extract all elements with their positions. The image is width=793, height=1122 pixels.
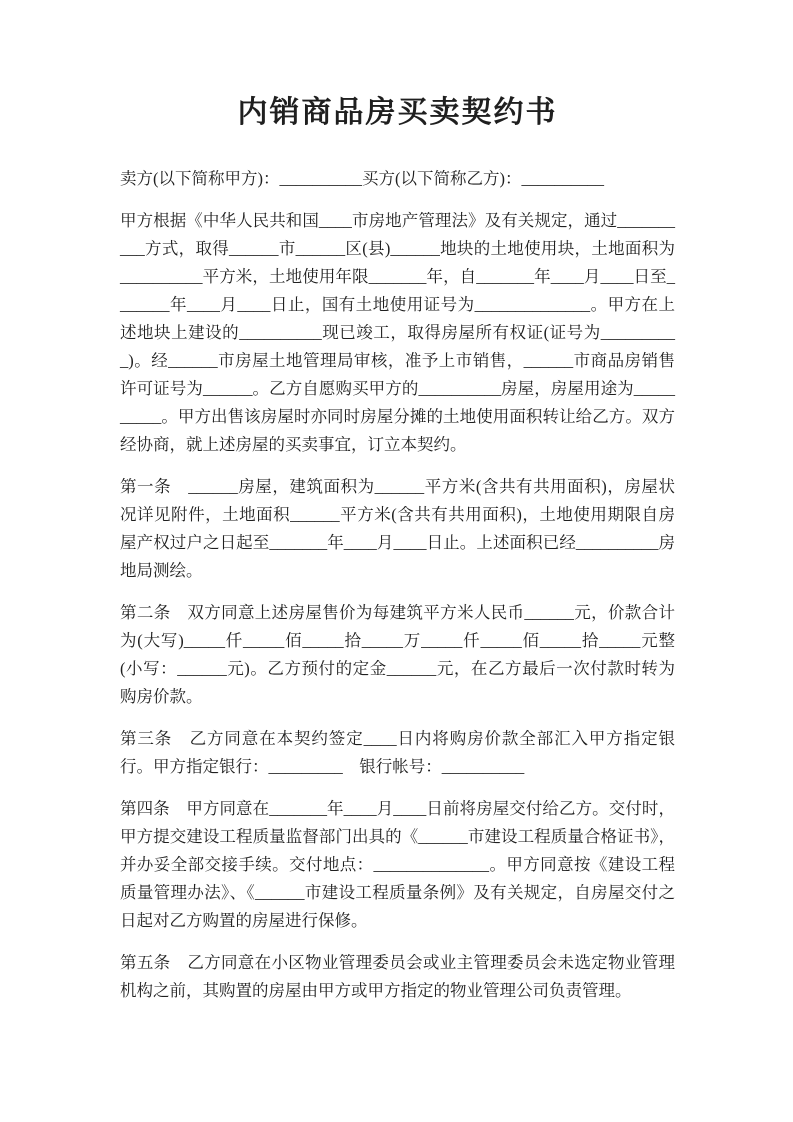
parties-line: 卖方(以下简称甲方)：__________买方(以下简称乙方)：________…: [120, 165, 675, 193]
contract-document: 内销商品房买卖契约书 卖方(以下简称甲方)：__________买方(以下简称乙…: [0, 0, 793, 1122]
article-1-paragraph: 第一条 ______房屋，建筑面积为______平方米(含共有共用面积)，房屋状…: [120, 473, 675, 585]
article-3-paragraph: 第三条 乙方同意在本契约签定____日内将购房价款全部汇入甲方指定银行。甲方指定…: [120, 725, 675, 781]
article-4-paragraph: 第四条 甲方同意在_______年____月____日前将房屋交付给乙方。交付时…: [120, 795, 675, 935]
article-5-paragraph: 第五条 乙方同意在小区物业管理委员会或业主管理委员会未选定物业管理机构之前，其购…: [120, 949, 675, 1005]
preamble-paragraph: 甲方根据《中华人民共和国____市房地产管理法》及有关规定，通过________…: [120, 207, 675, 459]
article-2-paragraph: 第二条 双方同意上述房屋售价为每建筑平方米人民币______元，价款合计为(大写…: [120, 599, 675, 711]
contract-title: 内销商品房买卖契约书: [120, 93, 675, 132]
